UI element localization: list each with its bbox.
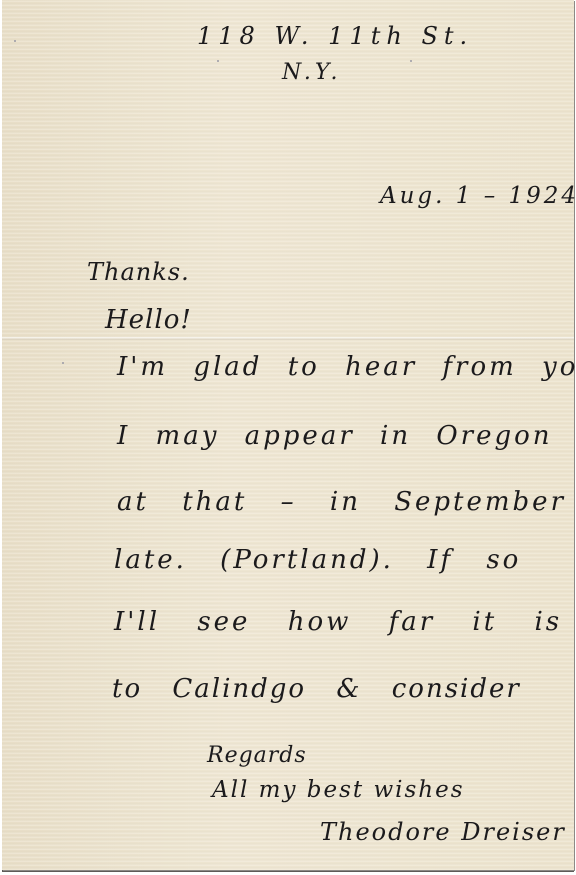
letter-date: Aug. 1 – 1924 <box>380 183 576 209</box>
paper-speck <box>62 362 64 364</box>
paper-speck <box>14 40 16 42</box>
body-line: to Calindgo & consider <box>112 674 521 704</box>
paper-fold-crease <box>2 337 574 340</box>
body-line: I'll see how far it is <box>114 607 562 637</box>
body-line: at that – in September – <box>117 487 576 517</box>
body-line: late. (Portland). If so <box>114 545 521 575</box>
paper-speck <box>217 60 219 62</box>
closing-regards: Regards <box>207 743 307 768</box>
closing-wishes: All my best wishes <box>212 777 465 803</box>
body-line: I'm glad to hear from you. <box>117 352 576 382</box>
body-line: I may appear in Oregon <box>117 421 553 451</box>
paper-speck <box>410 60 412 62</box>
letter-page: 118 W. 11th St. N.Y. Aug. 1 – 1924 Thank… <box>2 0 574 870</box>
salutation-thanks: Thanks. <box>87 258 190 286</box>
address-city: N.Y. <box>282 60 342 85</box>
signature: Theodore Dreiser <box>320 818 566 846</box>
salutation-hello: Hello! <box>105 305 192 335</box>
address-street: 118 W. 11th St. <box>197 22 473 50</box>
